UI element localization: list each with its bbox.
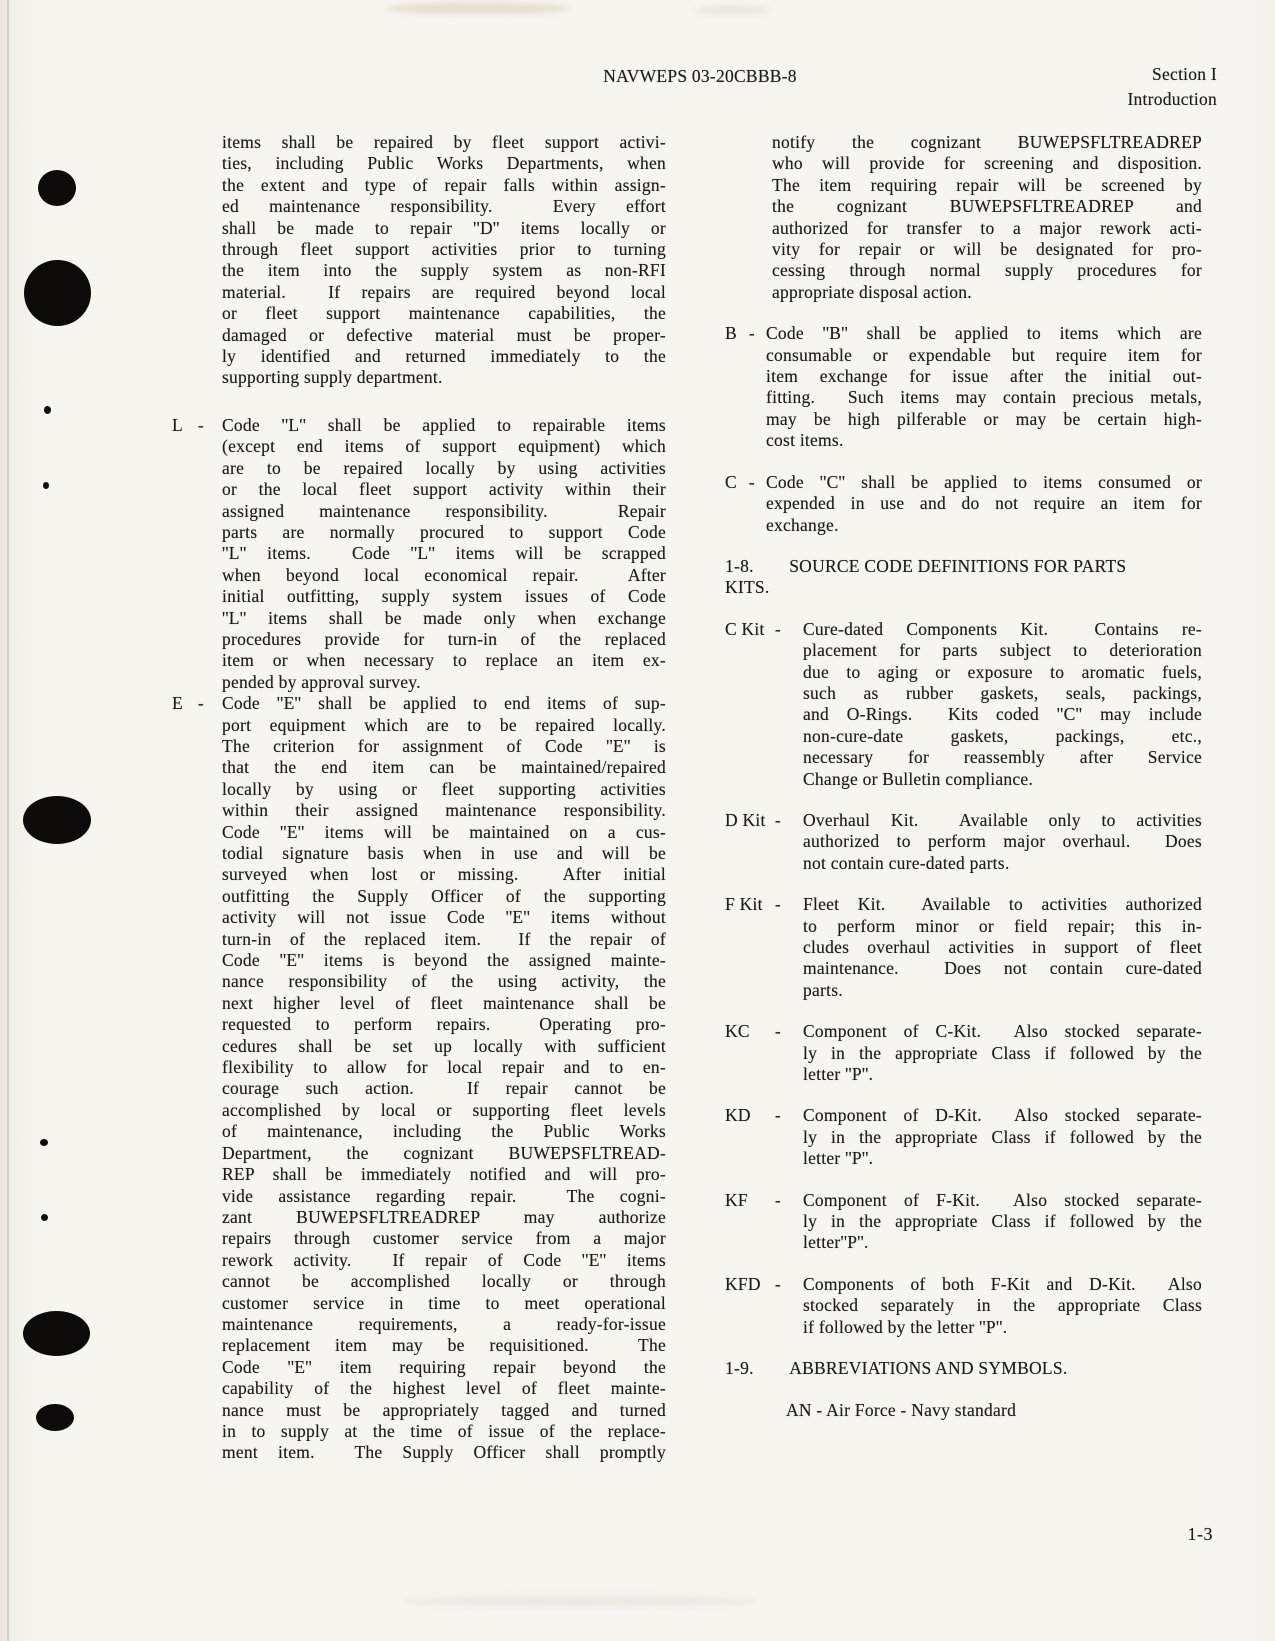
kit-code: KFD [725,1274,761,1338]
kit-entry-label: KF - [725,1190,781,1254]
kit-entry-text: Component of D-Kit. Also stocked separat… [803,1105,1202,1169]
kit-code: F Kit [725,894,763,1001]
kit-entry-label: C Kit - [725,619,781,790]
scan-smudge [385,3,570,14]
ink-speck [41,1214,48,1221]
scan-smudge [695,6,770,14]
code-letter: E [172,693,183,1464]
code-entry-text: Code ''E'' shall be applied to end items… [222,693,666,1464]
ink-speck [43,482,49,489]
code-entry-text: Code ''B'' shall be applied to items whi… [766,323,1202,451]
kit-code: D Kit [725,810,766,874]
binder-hole-mark [24,260,91,326]
kit-entry-text: Component of F-Kit. Also stocked separat… [803,1190,1202,1254]
kit-entry-d-kit: D Kit - Overhaul Kit. Available only to … [725,810,1202,874]
kit-entry-label: KD - [725,1105,781,1169]
binder-hole-mark [38,170,76,206]
page-number: 1-3 [1188,1524,1214,1545]
kit-entry-label: F Kit - [725,894,781,1001]
kit-entry-text: Overhaul Kit. Available only to activiti… [803,810,1202,874]
kit-code: C Kit [725,619,765,790]
code-entry-text: Code ''L'' shall be applied to repairabl… [222,415,666,693]
dash-separator: - [775,1274,781,1338]
right-column: notify the cognizant BUWEPSFLTREADREPwho… [725,132,1202,1421]
binder-hole-mark [23,1311,90,1356]
kit-entry-kfd: KFD - Components of both F-Kit and D-Kit… [725,1274,1202,1338]
dash-separator: - [749,472,755,536]
dash-separator: - [775,1190,781,1254]
ink-speck [40,1139,48,1146]
dash-separator: - [775,810,781,874]
scanned-manual-page: NAVWEPS 03-20CBBB-8 Section I Introducti… [0,0,1275,1641]
dash-separator: - [775,1021,781,1085]
heading-1-9: 1-9. ABBREVIATIONS AND SYMBOLS. [725,1358,1202,1379]
code-entry-C: C - Code ''C'' shall be applied to items… [725,472,1202,536]
code-entry-L: L - Code ''L'' shall be applied to repai… [172,415,666,693]
scan-smudge [400,1596,760,1606]
kit-entry-kf: KF - Component of F-Kit. Also stocked se… [725,1190,1202,1254]
document-number: NAVWEPS 03-20CBBB-8 [540,66,860,87]
code-letter: L [172,415,183,693]
kit-entry-f-kit: F Kit - Fleet Kit. Available to activiti… [725,894,1202,1001]
code-letter: B [725,323,737,451]
kit-entry-text: Fleet Kit. Available to activities autho… [803,894,1202,1001]
kit-entry-text: Cure-dated Components Kit. Contains re-p… [803,619,1202,790]
dash-separator: - [775,894,781,1001]
kit-entry-label: D Kit - [725,810,781,874]
paragraph-continuation: notify the cognizant BUWEPSFLTREADREPwho… [772,132,1202,303]
kit-entry-text: Component of C-Kit. Also stocked separat… [803,1021,1202,1085]
code-entry-label: C - [725,472,755,536]
kit-code: KC [725,1021,750,1085]
kit-entry-kd: KD - Component of D-Kit. Also stocked se… [725,1105,1202,1169]
binder-hole-mark [23,796,91,844]
code-entry-E: E - Code ''E'' shall be applied to end i… [172,693,666,1464]
section-header: Section I Introduction [1127,62,1217,112]
dash-separator: - [198,415,204,693]
code-entry-B: B - Code ''B'' shall be applied to items… [725,323,1202,451]
kit-entry-kc: KC - Component of C-Kit. Also stocked se… [725,1021,1202,1085]
left-column: items shall be repaired by fleet support… [172,132,666,1464]
code-entry-label: B - [725,323,755,451]
code-entry-text: Code ''C'' shall be applied to items con… [766,472,1202,536]
code-entry-label: E - [172,693,204,1464]
dash-separator: - [775,619,781,790]
kit-code: KD [725,1105,751,1169]
code-entry-label: L - [172,415,204,693]
paragraph-continuation: items shall be repaired by fleet support… [222,132,666,389]
dash-separator: - [198,693,204,1464]
heading-1-8: 1-8. SOURCE CODE DEFINITIONS FOR PARTS K… [725,556,1202,599]
kit-code: KF [725,1190,748,1254]
paper-edge-shadow [7,0,9,1641]
abbreviation-AN: AN - Air Force - Navy standard [786,1400,1202,1421]
section-subtitle: Introduction [1127,87,1217,112]
kit-entry-text: Components of both F-Kit and D-Kit. Also… [803,1274,1202,1338]
binder-hole-mark [36,1404,74,1431]
dash-separator: - [749,323,755,451]
code-letter: C [725,472,737,536]
dash-separator: - [775,1105,781,1169]
ink-speck [44,406,51,414]
section-title: Section I [1127,62,1217,87]
kit-entry-label: KC - [725,1021,781,1085]
kit-entry-label: KFD - [725,1274,781,1338]
kit-entry-c-kit: C Kit - Cure-dated Components Kit. Conta… [725,619,1202,790]
